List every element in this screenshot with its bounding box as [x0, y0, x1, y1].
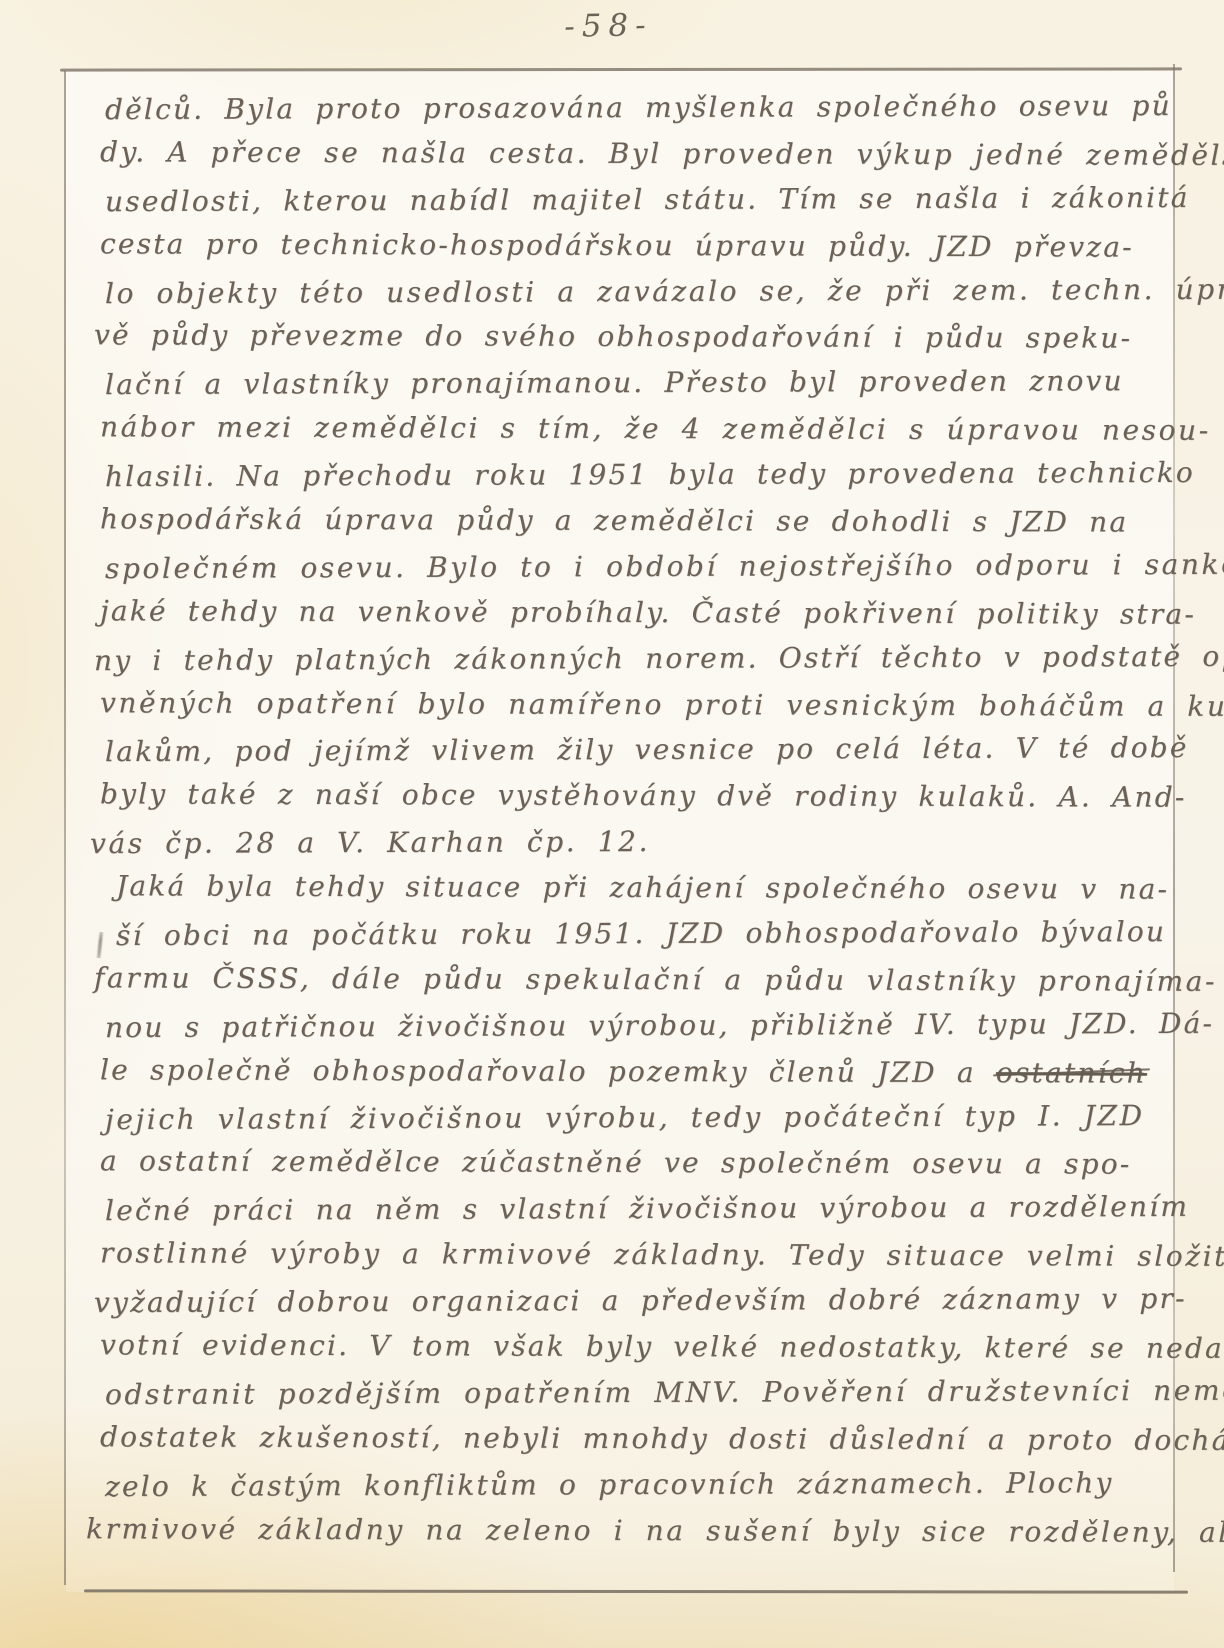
line-text: Jaká byla tehdy situace při zahájení spo… — [116, 869, 1169, 905]
handwritten-line: lační a vlastníky pronajímanou. Přesto b… — [105, 358, 1180, 408]
line-text: nou s patřičnou živočišnou výrobou, přib… — [105, 1007, 1214, 1044]
line-text: společném osevu. Bylo to i období nejost… — [105, 548, 1224, 585]
line-text: nábor mezi zemědělci s tím, že 4 zeměděl… — [100, 411, 1211, 447]
handwritten-line: rostlinné výroby a krmivové základny. Te… — [100, 1231, 1180, 1280]
handwritten-line: nábor mezi zemědělci s tím, že 4 zeměděl… — [100, 405, 1180, 454]
line-text: vás čp. 28 a V. Karhan čp. 12. — [90, 825, 650, 860]
line-text: jaké tehdy na venkově probíhaly. Časté p… — [100, 594, 1196, 630]
handwritten-line: lo objekty této usedlosti a zavázalo se,… — [105, 266, 1180, 316]
struck-word: ostatních — [996, 1050, 1147, 1096]
handwritten-line: lakům, pod jejímž vlivem žily vesnice po… — [105, 725, 1180, 775]
handwritten-line: ny i tehdy platných zákonných norem. Ost… — [94, 634, 1180, 684]
line-text: lo objekty této usedlosti a zavázalo se,… — [105, 272, 1224, 309]
handwritten-line: jejich vlastní živočišnou výrobu, tedy p… — [105, 1093, 1180, 1143]
line-text: jejich vlastní živočišnou výrobu, tedy p… — [105, 1099, 1145, 1136]
line-text: lakům, pod jejímž vlivem žily vesnice po… — [105, 731, 1189, 768]
line-text: lační a vlastníky pronajímanou. Přesto b… — [105, 364, 1124, 401]
line-text: hospodářská úprava půdy a zemědělci se d… — [100, 502, 1128, 538]
page-number: -58- — [564, 7, 653, 45]
handwriting-block: dělců. Byla proto prosazována myšlenka s… — [100, 85, 1180, 1554]
line-text: krmivové základny na zeleno i na sušení … — [86, 1512, 1224, 1549]
handwritten-line: odstranit pozdějším opatřením MNV. Pověř… — [105, 1368, 1180, 1418]
line-text: vněných opatření bylo namířeno proti ves… — [100, 686, 1224, 723]
line-text: odstranit pozdějším opatřením MNV. Pověř… — [105, 1374, 1224, 1411]
handwritten-line: hlasili. Na přechodu roku 1951 byla tedy… — [105, 450, 1180, 500]
handwritten-line: vněných opatření bylo namířeno proti ves… — [100, 680, 1180, 729]
handwritten-line: farmu ČSSS, dále půdu spekulační a půdu … — [94, 955, 1180, 1004]
handwritten-line: vě půdy převezme do svého obhospodařován… — [94, 313, 1180, 362]
handwritten-line: nou s patřičnou živočišnou výrobou, přib… — [105, 1001, 1180, 1051]
line-text: dělců. Byla proto prosazována myšlenka s… — [105, 89, 1172, 126]
line-text: a ostatní zemědělce zúčastněné ve společ… — [100, 1145, 1132, 1181]
line-text: rostlinné výroby a krmivové základny. Te… — [100, 1237, 1224, 1274]
handwritten-line: le společně obhospodařovalo pozemky člen… — [100, 1047, 1180, 1096]
handwritten-line: byly také z naší obce vystěhovány dvě ro… — [100, 772, 1180, 821]
handwritten-line: usedlosti, kterou nabídl majitel státu. … — [105, 175, 1180, 225]
handwritten-line: vyžadující dobrou organizaci a především… — [94, 1276, 1180, 1326]
handwritten-line: společném osevu. Bylo to i období nejost… — [105, 542, 1180, 592]
line-text: usedlosti, kterou nabídl majitel státu. … — [105, 181, 1190, 218]
line-text: byly také z naší obce vystěhovány dvě ro… — [100, 778, 1187, 814]
line-text: vě půdy převezme do svého obhospodařován… — [94, 319, 1132, 355]
frame-bottom-border — [84, 1589, 1188, 1593]
handwritten-line: hospodářská úprava půdy a zemědělci se d… — [100, 496, 1180, 545]
line-text: vyžadující dobrou organizaci a především… — [94, 1282, 1187, 1319]
handwritten-line: cesta pro technicko-hospodářskou úpravu … — [100, 221, 1180, 270]
handwritten-line: lečné práci na něm s vlastní živočišnou … — [105, 1184, 1180, 1234]
handwritten-line: dělců. Byla proto prosazována myšlenka s… — [105, 83, 1180, 133]
handwritten-line: votní evidenci. V tom však byly velké ne… — [100, 1322, 1180, 1371]
line-text: hlasili. Na přechodu roku 1951 byla tedy… — [105, 456, 1195, 493]
scanned-page: -58- dělců. Byla proto prosazována myšle… — [0, 0, 1224, 1648]
line-text: zelo k častým konfliktům o pracovních zá… — [105, 1466, 1114, 1503]
handwritten-line: krmivové základny na zeleno i na sušení … — [86, 1506, 1180, 1555]
line-text: le společně obhospodařovalo pozemky člen… — [100, 1053, 996, 1089]
handwritten-line: dostatek zkušeností, nebyli mnohdy dosti… — [100, 1414, 1180, 1463]
line-text: votní evidenci. V tom však byly velké ne… — [100, 1328, 1224, 1365]
line-text: ší obci na počátku roku 1951. JZD obhosp… — [116, 915, 1166, 952]
handwritten-line: a ostatní zemědělce zúčastněné ve společ… — [100, 1139, 1180, 1188]
handwritten-line: zelo k častým konfliktům o pracovních zá… — [105, 1460, 1180, 1510]
line-text: lečné práci na něm s vlastní živočišnou … — [105, 1190, 1189, 1227]
handwritten-line: ší obci na počátku roku 1951. JZD obhosp… — [116, 909, 1180, 959]
line-text: dy. A přece se našla cesta. Byl proveden… — [100, 135, 1224, 172]
handwritten-line: jaké tehdy na venkově probíhaly. Časté p… — [100, 588, 1180, 637]
line-text: farmu ČSSS, dále půdu spekulační a půdu … — [94, 961, 1217, 998]
handwritten-line: vás čp. 28 a V. Karhan čp. 12. — [90, 817, 1180, 867]
frame-left-border — [64, 71, 66, 1585]
handwritten-line: dy. A přece se našla cesta. Byl proveden… — [100, 129, 1180, 178]
line-text: cesta pro technicko-hospodářskou úpravu … — [100, 227, 1134, 263]
line-text: dostatek zkušeností, nebyli mnohdy dosti… — [100, 1420, 1224, 1457]
handwritten-line: Jaká byla tehdy situace při zahájení spo… — [116, 863, 1180, 912]
line-text: ny i tehdy platných zákonných norem. Ost… — [94, 639, 1224, 677]
